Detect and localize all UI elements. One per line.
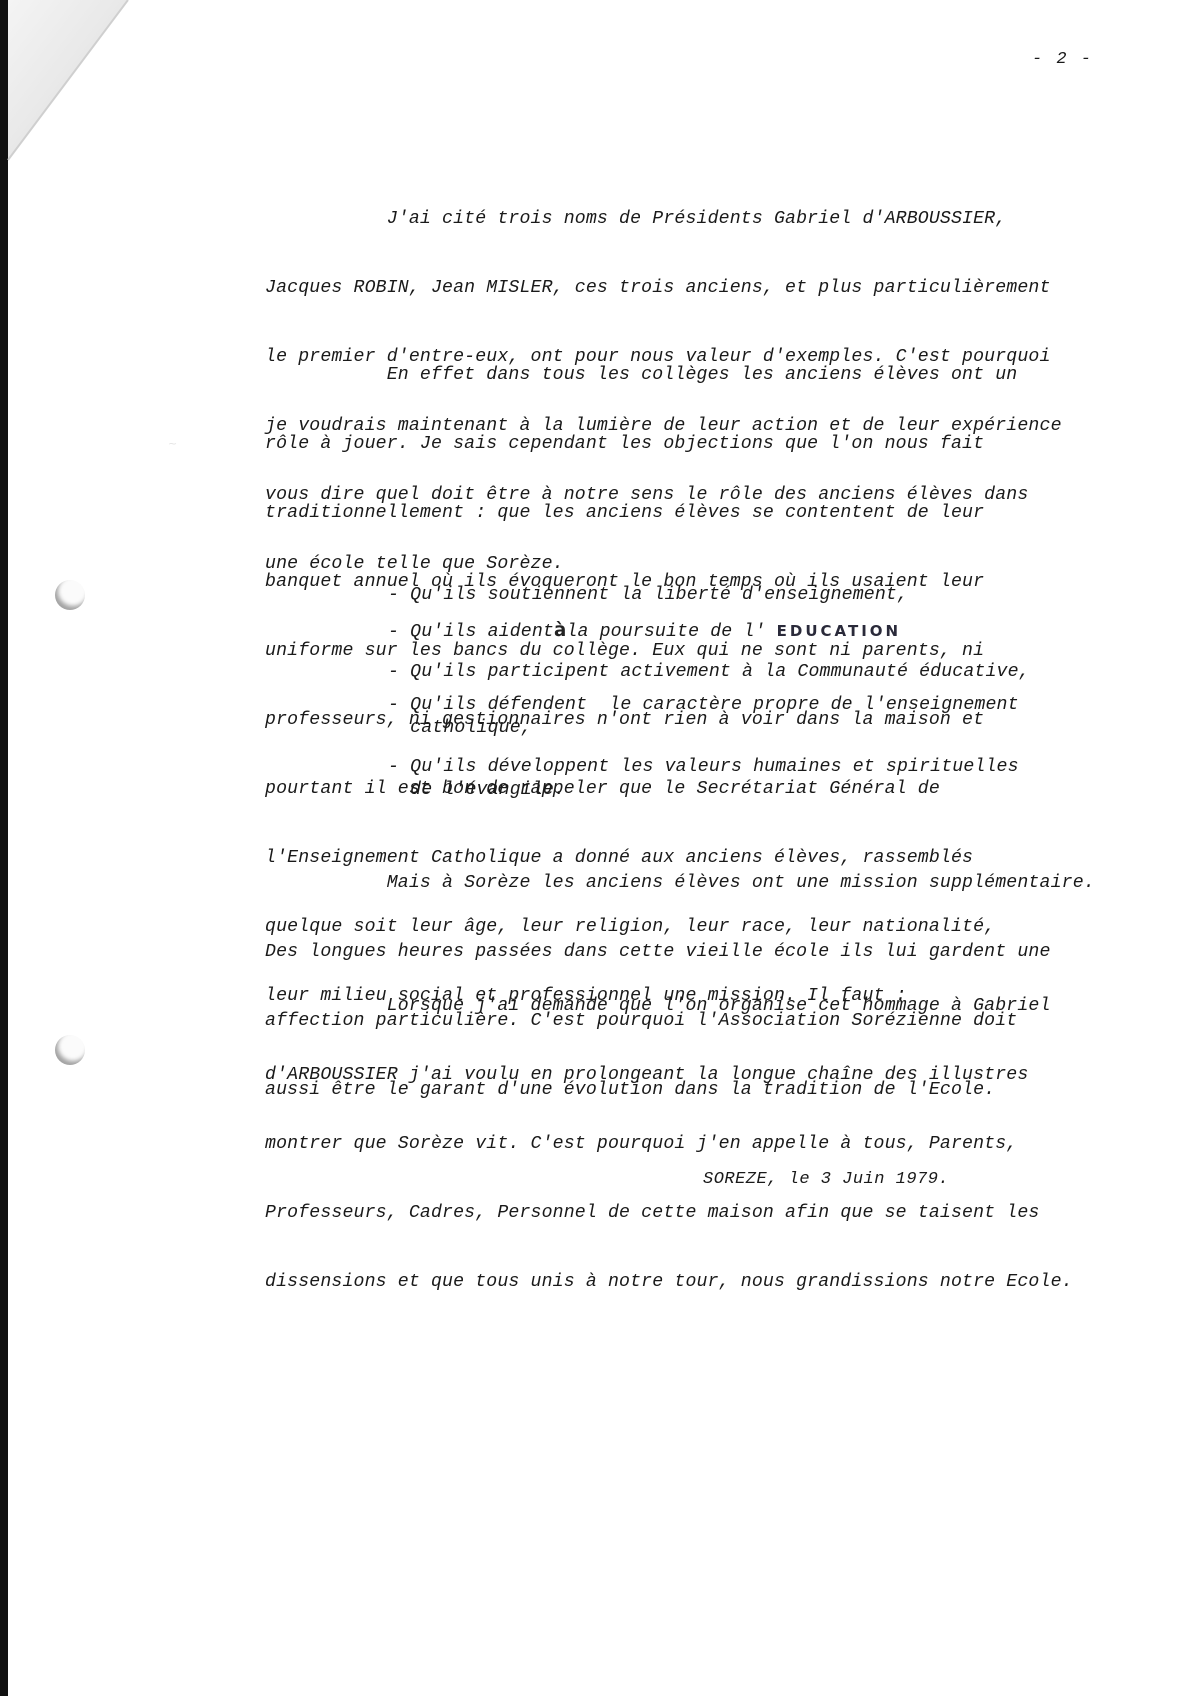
- text-line: Professeurs, Cadres, Personnel de cette …: [265, 1202, 1165, 1225]
- paragraph-4: Lorsque j'ai demandé que l'on organise c…: [265, 949, 1165, 1317]
- text-line: d'ARBOUSSIER j'ai voulu en prolongeant l…: [265, 1064, 1165, 1087]
- handwritten-insert: à: [554, 620, 566, 641]
- text-line: montrer que Sorèze vit. C'est pourquoi j…: [265, 1133, 1165, 1156]
- punch-hole-bottom: [55, 1035, 85, 1065]
- folded-corner: [0, 0, 130, 165]
- place-and-date: SOREZE, le 3 Juin 1979.: [703, 1170, 949, 1189]
- page-number: - 2 -: [1032, 50, 1093, 69]
- list-item: - Qu'ils participent activement à la Com…: [388, 661, 1030, 684]
- text-line: Lorsque j'ai demandé que l'on organise c…: [265, 995, 1165, 1018]
- scanner-edge: [0, 0, 8, 1696]
- text-line: rôle à jouer. Je sais cependant les obje…: [265, 433, 1165, 456]
- text-line: dissensions et que tous unis à notre tou…: [265, 1271, 1165, 1294]
- text-line: J'ai cité trois noms de Présidents Gabri…: [265, 208, 1165, 231]
- punch-hole-top: [55, 580, 85, 610]
- text-line: Jacques ROBIN, Jean MISLER, ces trois an…: [265, 277, 1165, 300]
- text-line: Mais à Sorèze les anciens élèves ont une…: [265, 872, 1165, 895]
- handwritten-annotation: EDUCATION: [777, 622, 901, 640]
- list-item: - Qu'ils défendent le caractère propre d…: [388, 694, 1019, 740]
- list-item: - Qu'ils développent les valeurs humaine…: [388, 756, 1019, 802]
- ghost-mark: ~: [168, 437, 177, 450]
- list-item: - Qu'ils soutiennent la liberté d'enseig…: [388, 584, 908, 607]
- list-item-text: la poursuite de l': [566, 622, 776, 642]
- list-item-text: - Qu'ils aident: [388, 622, 554, 642]
- text-line: En effet dans tous les collèges les anci…: [265, 364, 1165, 387]
- list-item: - Qu'ils aidentàla poursuite de l' EDUCA…: [388, 619, 901, 644]
- text-line: traditionnellement : que les anciens élè…: [265, 502, 1165, 525]
